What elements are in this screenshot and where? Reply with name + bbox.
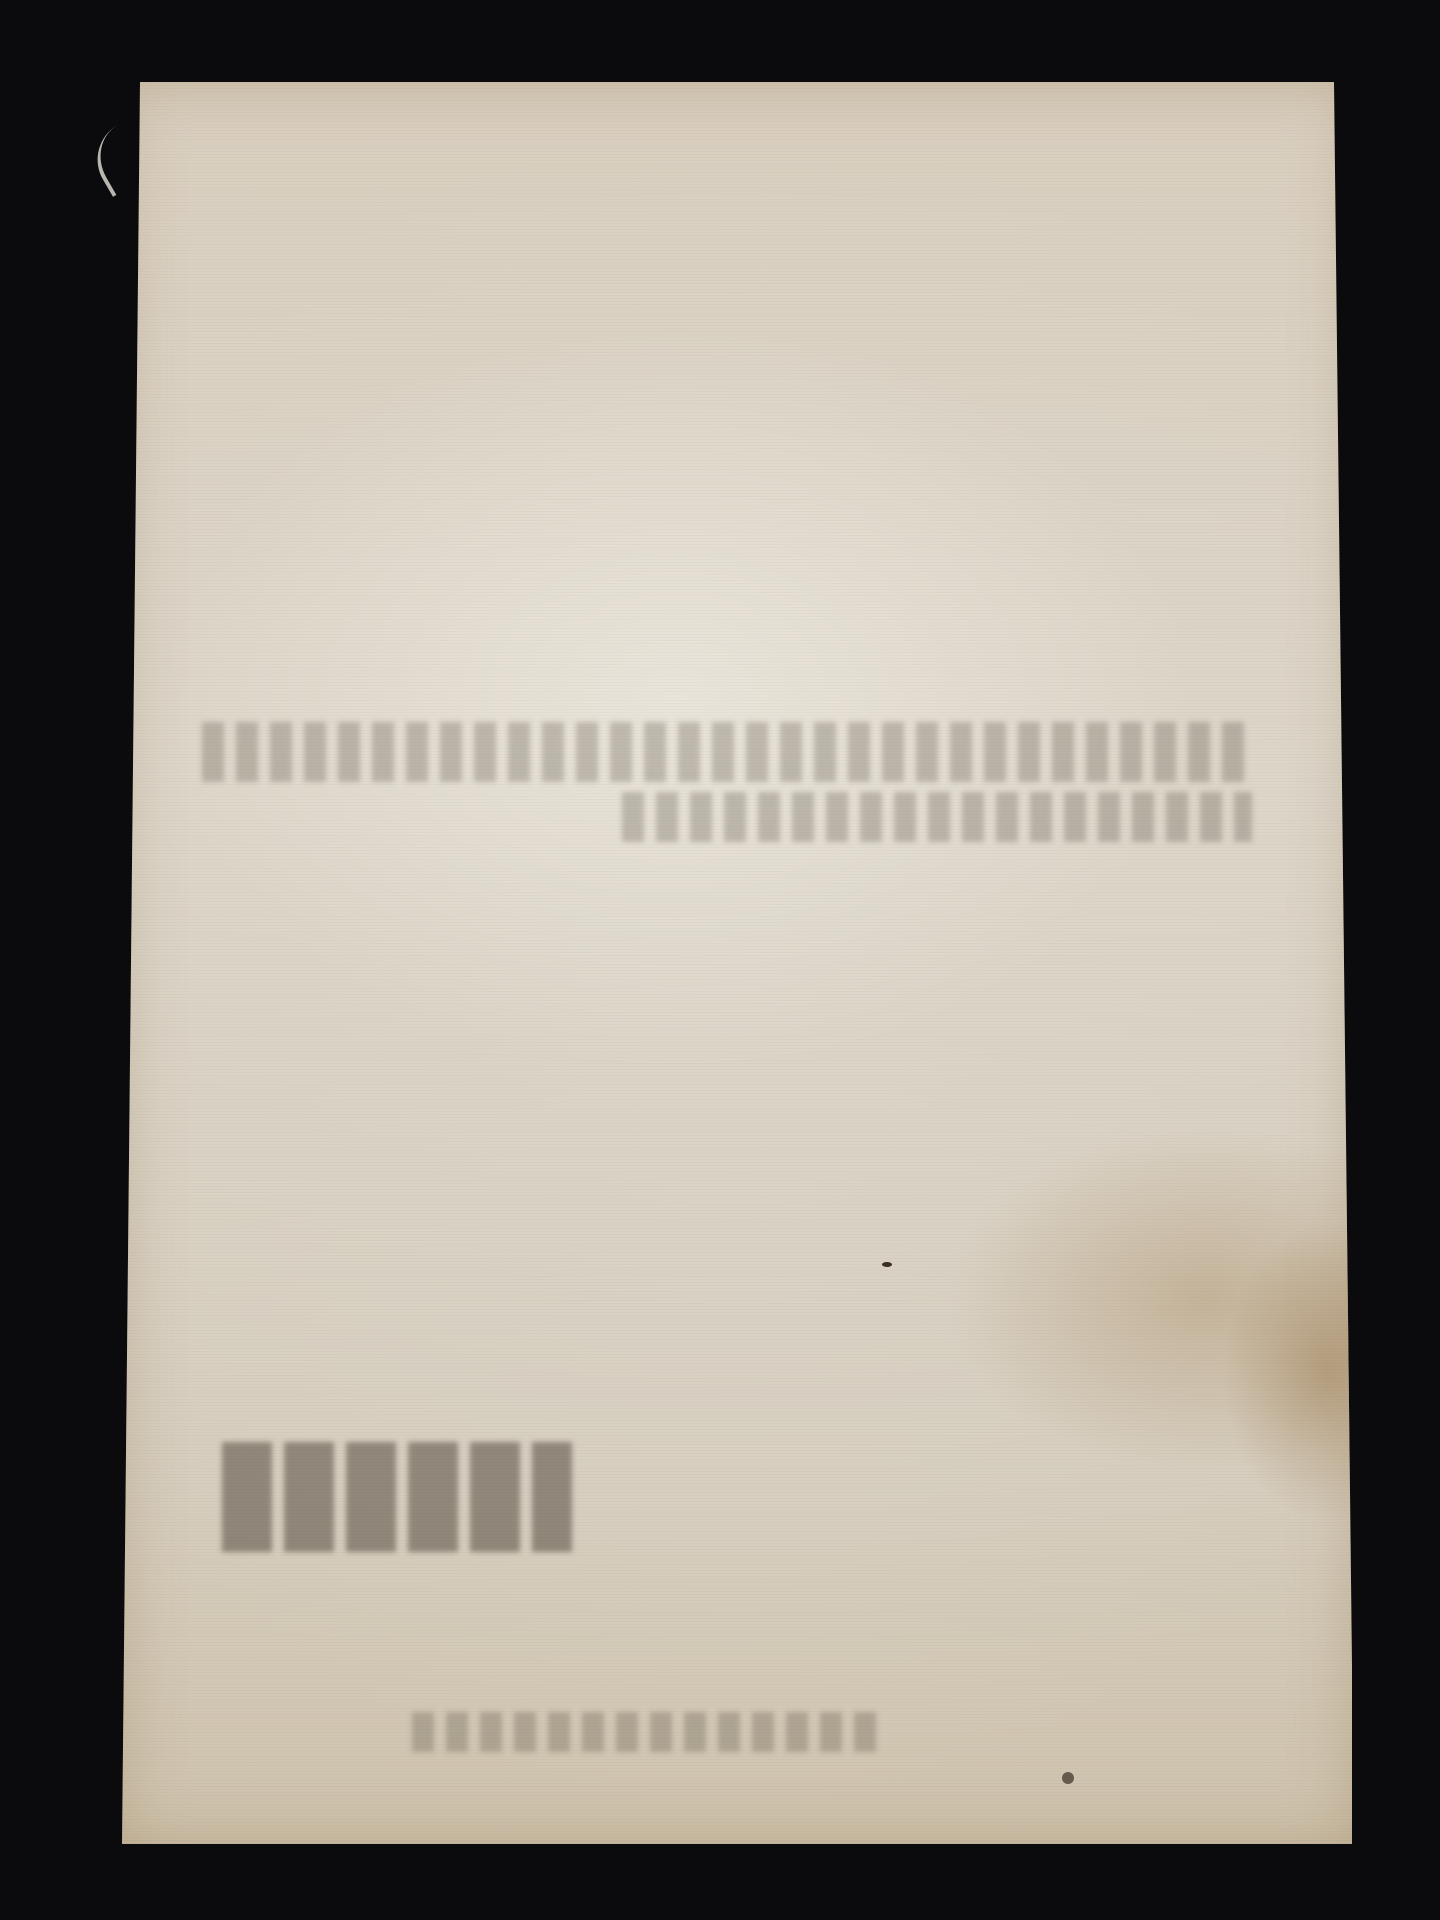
water-stain [1222,1222,1352,1522]
booklet-cover [122,82,1352,1844]
illegible-text [412,1712,882,1752]
faded-author-block [222,1442,572,1552]
faded-title-line-1 [202,722,1252,782]
ink-speck [882,1262,892,1267]
illegible-text [202,722,1252,782]
dirt-speck [1062,1772,1074,1784]
faded-publisher-line [412,1712,882,1752]
illegible-text [622,792,1252,842]
faded-title-line-2 [622,792,1252,842]
illegible-text [222,1442,572,1552]
